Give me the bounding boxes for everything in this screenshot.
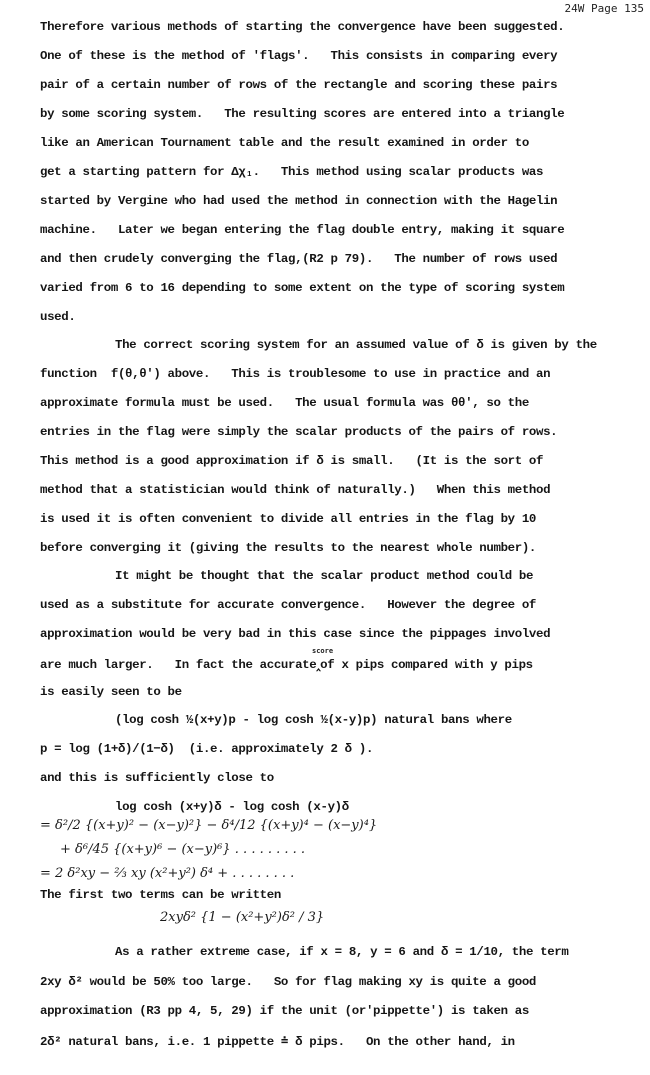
- text-line: function f(θ,θ′) above. This is troubles…: [40, 367, 550, 381]
- text-line: and then crudely converging the flag,(R2…: [40, 252, 557, 266]
- expansion-line: = δ²/2 {(x+y)² − (x−y)²} − δ⁴/12 {(x+y)⁴…: [40, 818, 377, 833]
- text-line: like an American Tournament table and th…: [40, 136, 529, 150]
- text-line: used.: [40, 310, 75, 324]
- text-line: 2xy δ² would be 50% too large. So for fl…: [40, 975, 536, 989]
- text-line: are much larger. In fact the accurate‸of…: [40, 656, 533, 672]
- text-line: by some scoring system. The resulting sc…: [40, 107, 564, 121]
- text-line: This method is a good approximation if δ…: [40, 454, 543, 468]
- text-line: approximate formula must be used. The us…: [40, 396, 529, 410]
- text-line: entries in the flag were simply the scal…: [40, 425, 557, 439]
- text-line: before converging it (giving the results…: [40, 541, 536, 555]
- text-line: The first two terms can be written: [40, 888, 281, 902]
- text-line: It might be thought that the scalar prod…: [115, 569, 533, 583]
- text-line: Therefore various methods of starting th…: [40, 20, 564, 34]
- text-line: and this is sufficiently close to: [40, 771, 274, 785]
- page-number-label: 24W Page 135: [565, 2, 644, 15]
- text-line: is used it is often convenient to divide…: [40, 512, 536, 526]
- text-line: used as a substitute for accurate conver…: [40, 598, 536, 612]
- text-line: approximation would be very bad in this …: [40, 627, 550, 641]
- text-line: approximation (R3 pp 4, 5, 29) if the un…: [40, 1004, 529, 1018]
- text-line: get a starting pattern for Δχ₁. This met…: [40, 165, 543, 179]
- text-line: pair of a certain number of rows of the …: [40, 78, 557, 92]
- text-line: As a rather extreme case, if x = 8, y = …: [115, 945, 568, 959]
- text-line: is easily seen to be: [40, 685, 182, 699]
- expansion-line: + δ⁶/45 {(x+y)⁶ − (x−y)⁶} . . . . . . . …: [60, 842, 305, 857]
- text-line: method that a statistician would think o…: [40, 483, 550, 497]
- text-line: varied from 6 to 16 depending to some ex…: [40, 281, 564, 295]
- text-line: 2δ² natural bans, i.e. 1 pippette ≐ δ pi…: [40, 1033, 515, 1049]
- expansion-line: = 2 δ²xy − ⅔ xy (x²+y²) δ⁴ + . . . . . .…: [40, 866, 294, 881]
- handwritten-annotation: score: [312, 647, 333, 655]
- text-line: started by Vergine who had used the meth…: [40, 194, 557, 208]
- formula-log-cosh: (log cosh ½(x+y)p - log cosh ½(x-y)p) na…: [115, 713, 512, 727]
- expansion-line: log cosh (x+y)δ - log cosh (x-y)δ: [115, 800, 349, 814]
- written-form-formula: 2xyδ² {1 − (x²+y²)δ² / 3}: [160, 910, 324, 925]
- formula-p-definition: p = log (1+δ)/(1−δ) (i.e. approximately …: [40, 742, 373, 756]
- text-line: One of these is the method of 'flags'. T…: [40, 49, 557, 63]
- text-line: The correct scoring system for an assume…: [115, 338, 597, 352]
- text-line: machine. Later we began entering the fla…: [40, 223, 564, 237]
